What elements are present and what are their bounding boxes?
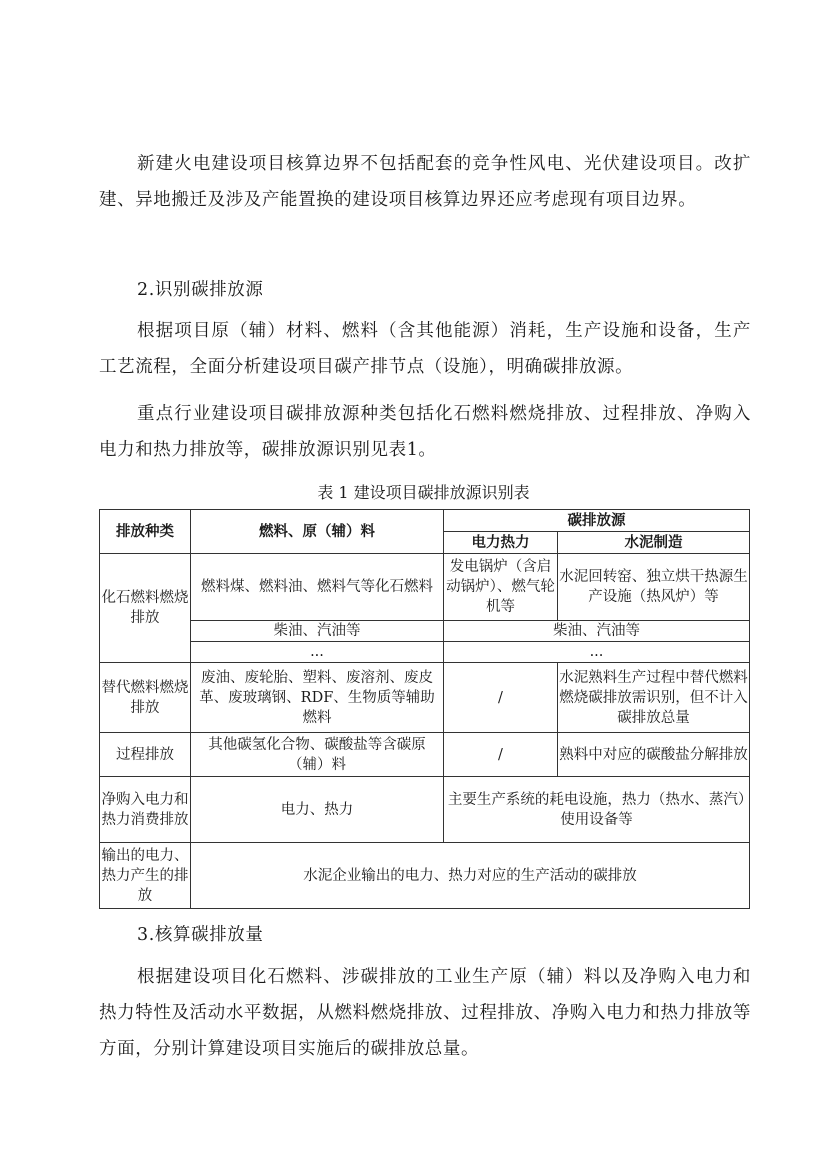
cell-power: 发电锅炉（含启动锅炉）、燃气轮机等 [444,554,558,621]
header-cement: 水泥制造 [558,532,750,554]
document-page: 新建火电建设项目核算边界不包括配套的竞争性风电、光伏建设项目。改扩建、异地搬迁及… [0,0,826,1169]
table-row: 净购入电力和热力消费排放 电力、热力 主要生产系统的耗电设施，热力（热水、蒸汽）… [100,777,750,843]
table-row: 输出的电力、热力产生的排放 水泥企业输出的电力、热力对应的生产活动的碳排放 [100,843,750,909]
table-row: 柴油、汽油等 柴油、汽油等 [100,621,750,642]
table-row: ... ... [100,642,750,663]
header-power-heat: 电力热力 [444,532,558,554]
cell-output-desc: 水泥企业输出的电力、热力对应的生产活动的碳排放 [191,843,750,909]
cell-fuel: 废油、废轮胎、塑料、废溶剂、废皮革、废玻璃钢、RDF、生物质等辅助燃料 [191,663,444,733]
cell-cement: 水泥熟料生产过程中替代燃料燃烧碳排放需识别，但不计入碳排放总量 [558,663,750,733]
table-row: 过程排放 其他碳氢化合物、碳酸盐等含碳原（辅）料 / 熟料中对应的碳酸盐分解排放 [100,733,750,777]
cell-power: / [444,663,558,733]
emission-source-table: 排放种类 燃料、原（辅）料 碳排放源 电力热力 水泥制造 化石燃料燃烧排放 燃料… [99,509,750,909]
cell-fuel: 电力、热力 [191,777,444,843]
table-caption: 表 1 建设项目碳排放源识别表 [99,481,748,505]
table-row: 化石燃料燃烧排放 燃料煤、燃料油、燃料气等化石燃料 发电锅炉（含启动锅炉）、燃气… [100,554,750,621]
table-row: 替代燃料燃烧排放 废油、废轮胎、塑料、废溶剂、废皮革、废玻璃钢、RDF、生物质等… [100,663,750,733]
cell-type-alt: 替代燃料燃烧排放 [100,663,191,733]
header-emission-source: 碳排放源 [444,510,750,532]
paragraph-boundary: 新建火电建设项目核算边界不包括配套的竞争性风电、光伏建设项目。改扩建、异地搬迁及… [99,146,751,218]
cell-fuel: 柴油、汽油等 [191,621,444,642]
cell-cement: 熟料中对应的碳酸盐分解排放 [558,733,750,777]
cell-source: 主要生产系统的耗电设施，热力（热水、蒸汽）使用设备等 [444,777,750,843]
cell-type-process: 过程排放 [100,733,191,777]
cell-cement: 水泥回转窑、独立烘干热源生产设施（热风炉）等 [558,554,750,621]
section-heading-identify-sources: 2.识别碳排放源 [99,272,751,308]
cell-source: ... [444,642,750,663]
cell-source: 柴油、汽油等 [444,621,750,642]
cell-fuel: ... [191,642,444,663]
paragraph-identify-sources: 根据项目原（辅）材料、燃料（含其他能源）消耗，生产设施和设备，生产工艺流程，全面… [99,313,751,385]
cell-fuel: 燃料煤、燃料油、燃料气等化石燃料 [191,554,444,621]
paragraph-source-types: 重点行业建设项目碳排放源种类包括化石燃料燃烧排放、过程排放、净购入电力和热力排放… [99,396,751,468]
cell-fuel: 其他碳氢化合物、碳酸盐等含碳原（辅）料 [191,733,444,777]
cell-power: / [444,733,558,777]
cell-type-output: 输出的电力、热力产生的排放 [100,843,191,909]
paragraph-calculate: 根据建设项目化石燃料、涉碳排放的工业生产原（辅）料以及净购入电力和热力特性及活动… [99,959,751,1067]
header-fuel-materials: 燃料、原（辅）料 [191,510,444,554]
header-emission-type: 排放种类 [100,510,191,554]
cell-type-fossil: 化石燃料燃烧排放 [100,554,191,663]
section-heading-calculate: 3.核算碳排放量 [99,917,751,953]
cell-type-purchased: 净购入电力和热力消费排放 [100,777,191,843]
